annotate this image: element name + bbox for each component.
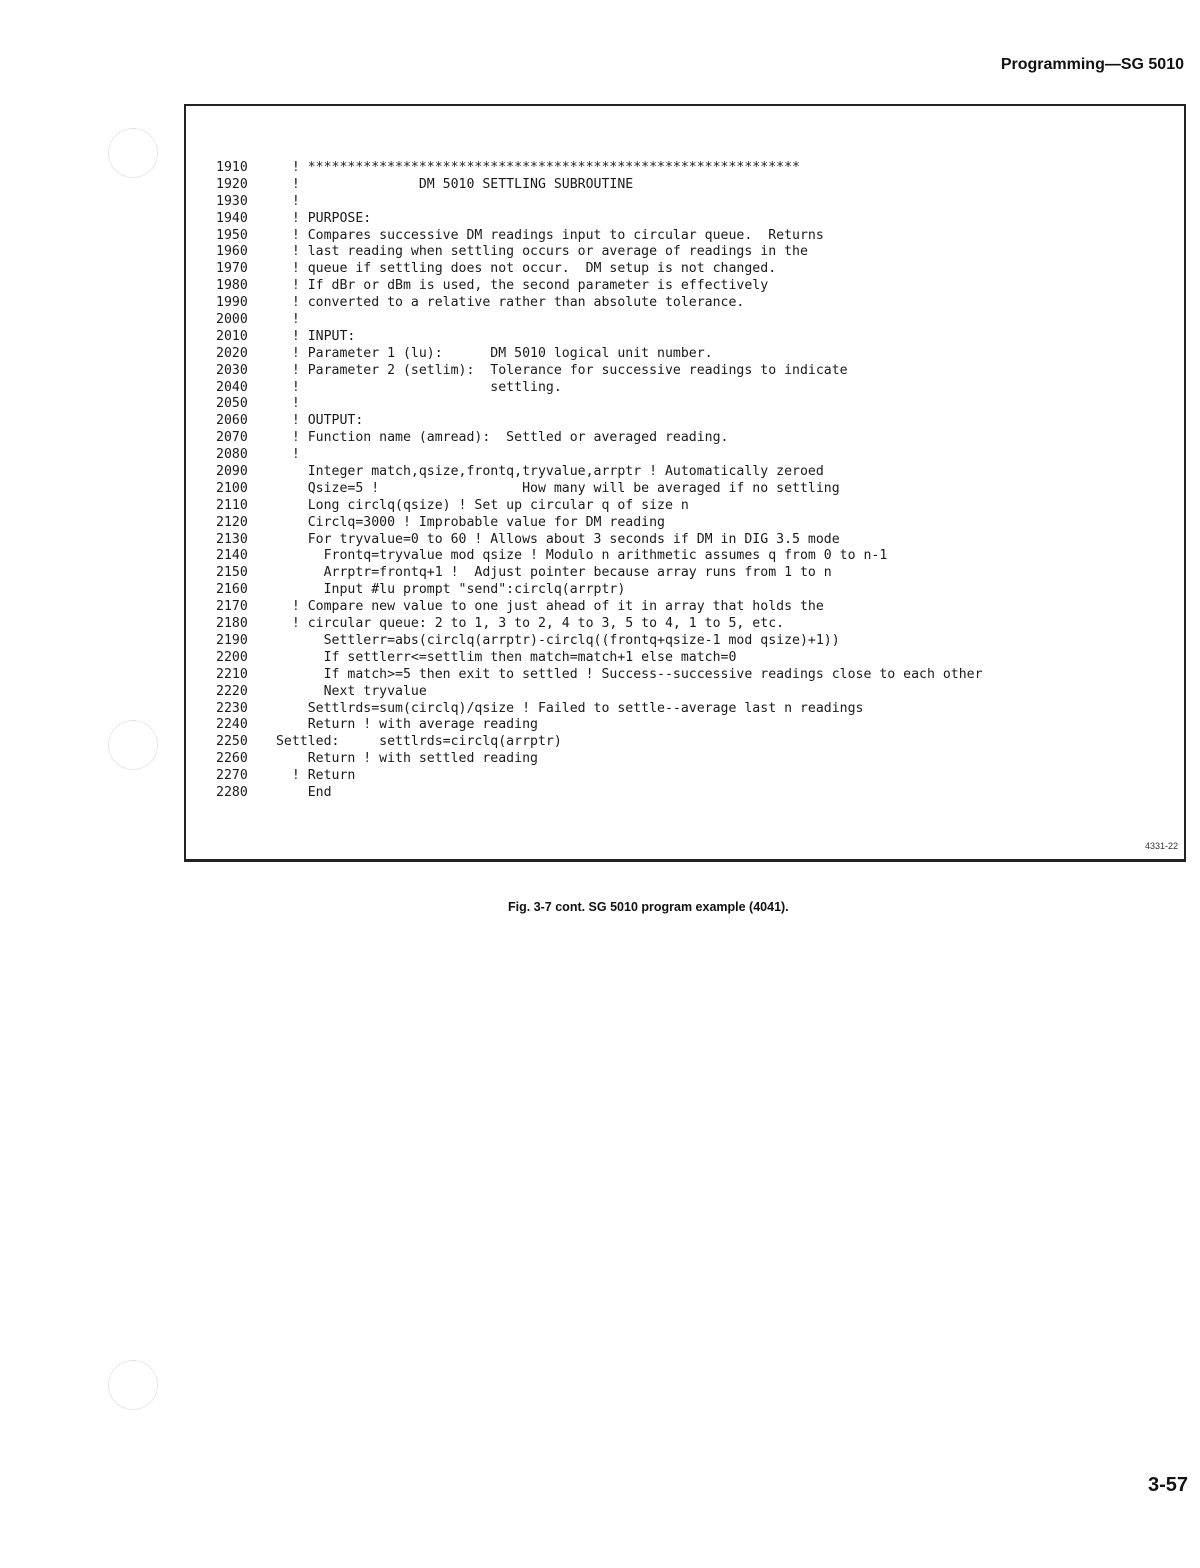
code-line: 2250 Settled: settlrds=circlq(arrptr): [216, 734, 983, 751]
code-line: 1920 ! DM 5010 SETTLING SUBROUTINE: [216, 177, 983, 194]
code-text: Long circlq(qsize) ! Set up circular q o…: [268, 498, 689, 513]
line-number: 1940: [216, 211, 268, 228]
code-line: 1950 ! Compares successive DM readings i…: [216, 228, 983, 245]
figure-caption: Fig. 3-7 cont. SG 5010 program example (…: [508, 900, 789, 914]
code-text: Arrptr=frontq+1 ! Adjust pointer because…: [268, 565, 832, 580]
line-number: 2030: [216, 363, 268, 380]
code-text: !: [268, 312, 300, 327]
code-text: For tryvalue=0 to 60 ! Allows about 3 se…: [268, 532, 840, 547]
page-number: 3-57: [1148, 1474, 1188, 1497]
line-number: 1970: [216, 261, 268, 278]
line-number: 2000: [216, 312, 268, 329]
code-text: ! Parameter 2 (setlim): Tolerance for su…: [268, 363, 848, 378]
code-text: Frontq=tryvalue mod qsize ! Modulo n ari…: [268, 548, 887, 563]
code-text: ! Function name (amread): Settled or ave…: [268, 430, 729, 445]
code-line: 1940 ! PURPOSE:: [216, 211, 983, 228]
code-text: Qsize=5 ! How many will be averaged if n…: [268, 481, 840, 496]
code-text: ! last reading when settling occurs or a…: [268, 244, 808, 259]
code-text: Next tryvalue: [268, 684, 427, 699]
code-text: ! settling.: [268, 380, 562, 395]
code-text: Settlrds=sum(circlq)/qsize ! Failed to s…: [268, 701, 863, 716]
line-number: 2020: [216, 346, 268, 363]
punch-hole-mark: [108, 1360, 158, 1410]
code-text: Settled: settlrds=circlq(arrptr): [268, 734, 562, 749]
line-number: 2280: [216, 785, 268, 802]
line-number: 2150: [216, 565, 268, 582]
code-line: 2220 Next tryvalue: [216, 684, 983, 701]
line-number: 2200: [216, 650, 268, 667]
line-number: 2190: [216, 633, 268, 650]
code-text: Return ! with settled reading: [268, 751, 538, 766]
punch-hole-mark: [108, 128, 158, 178]
code-line: 2170 ! Compare new value to one just ahe…: [216, 599, 983, 616]
code-text: ! INPUT:: [268, 329, 355, 344]
code-text: ! Compare new value to one just ahead of…: [268, 599, 824, 614]
line-number: 2110: [216, 498, 268, 515]
code-text: If match>=5 then exit to settled ! Succe…: [268, 667, 983, 682]
code-line: 2150 Arrptr=frontq+1 ! Adjust pointer be…: [216, 565, 983, 582]
line-number: 1950: [216, 228, 268, 245]
code-line: 2120 Circlq=3000 ! Improbable value for …: [216, 515, 983, 532]
code-line: 1970 ! queue if settling does not occur.…: [216, 261, 983, 278]
code-line: 2060 ! OUTPUT:: [216, 413, 983, 430]
code-line: 2040 ! settling.: [216, 380, 983, 397]
line-number: 2090: [216, 464, 268, 481]
code-line: 2190 Settlerr=abs(circlq(arrptr)-circlq(…: [216, 633, 983, 650]
code-line: 2240 Return ! with average reading: [216, 717, 983, 734]
code-line: 1910 ! *********************************…: [216, 160, 983, 177]
code-line: 2280 End: [216, 785, 983, 802]
line-number: 2250: [216, 734, 268, 751]
code-listing: 1910 ! *********************************…: [216, 160, 983, 802]
line-number: 2080: [216, 447, 268, 464]
line-number: 2130: [216, 532, 268, 549]
line-number: 2180: [216, 616, 268, 633]
code-line: 2030 ! Parameter 2 (setlim): Tolerance f…: [216, 363, 983, 380]
code-line: 2020 ! Parameter 1 (lu): DM 5010 logical…: [216, 346, 983, 363]
code-line: 2070 ! Function name (amread): Settled o…: [216, 430, 983, 447]
line-number: 1920: [216, 177, 268, 194]
code-text: ! queue if settling does not occur. DM s…: [268, 261, 776, 276]
code-line: 2230 Settlrds=sum(circlq)/qsize ! Failed…: [216, 701, 983, 718]
code-text: !: [268, 396, 300, 411]
program-listing-frame: 1910 ! *********************************…: [184, 104, 1186, 862]
code-text: Input #lu prompt "send":circlq(arrptr): [268, 582, 625, 597]
code-text: !: [268, 447, 300, 462]
code-text: ! DM 5010 SETTLING SUBROUTINE: [268, 177, 633, 192]
line-number: 2100: [216, 481, 268, 498]
line-number: 2040: [216, 380, 268, 397]
code-text: ! Compares successive DM readings input …: [268, 228, 824, 243]
line-number: 2010: [216, 329, 268, 346]
code-line: 2200 If settlerr<=settlim then match=mat…: [216, 650, 983, 667]
line-number: 2120: [216, 515, 268, 532]
line-number: 2060: [216, 413, 268, 430]
code-text: !: [268, 194, 300, 209]
code-line: 1960 ! last reading when settling occurs…: [216, 244, 983, 261]
line-number: 1910: [216, 160, 268, 177]
code-line: 2260 Return ! with settled reading: [216, 751, 983, 768]
line-number: 2050: [216, 396, 268, 413]
code-line: 2180 ! circular queue: 2 to 1, 3 to 2, 4…: [216, 616, 983, 633]
line-number: 2140: [216, 548, 268, 565]
code-text: End: [268, 785, 332, 800]
line-number: 2230: [216, 701, 268, 718]
code-text: ! If dBr or dBm is used, the second para…: [268, 278, 768, 293]
code-line: 2110 Long circlq(qsize) ! Set up circula…: [216, 498, 983, 515]
code-text: ! Return: [268, 768, 355, 783]
line-number: 1960: [216, 244, 268, 261]
line-number: 1990: [216, 295, 268, 312]
running-header: Programming—SG 5010: [1001, 56, 1184, 74]
line-number: 2070: [216, 430, 268, 447]
punch-hole-mark: [108, 720, 158, 770]
code-line: 2000 !: [216, 312, 983, 329]
line-number: 2210: [216, 667, 268, 684]
code-text: ! Parameter 1 (lu): DM 5010 logical unit…: [268, 346, 713, 361]
line-number: 1930: [216, 194, 268, 211]
line-number: 2170: [216, 599, 268, 616]
code-line: 2010 ! INPUT:: [216, 329, 983, 346]
code-line: 2080 !: [216, 447, 983, 464]
code-line: 2210 If match>=5 then exit to settled ! …: [216, 667, 983, 684]
code-text: ! converted to a relative rather than ab…: [268, 295, 744, 310]
code-line: 2050 !: [216, 396, 983, 413]
line-number: 2240: [216, 717, 268, 734]
figure-reference-code: 4331-22: [1145, 841, 1178, 851]
code-line: 2130 For tryvalue=0 to 60 ! Allows about…: [216, 532, 983, 549]
code-text: ! PURPOSE:: [268, 211, 371, 226]
code-text: Settlerr=abs(circlq(arrptr)-circlq((fron…: [268, 633, 840, 648]
code-text: Integer match,qsize,frontq,tryvalue,arrp…: [268, 464, 824, 479]
line-number: 1980: [216, 278, 268, 295]
code-line: 2100 Qsize=5 ! How many will be averaged…: [216, 481, 983, 498]
code-line: 2270 ! Return: [216, 768, 983, 785]
code-line: 1930 !: [216, 194, 983, 211]
code-line: 1990 ! converted to a relative rather th…: [216, 295, 983, 312]
code-text: ! circular queue: 2 to 1, 3 to 2, 4 to 3…: [268, 616, 784, 631]
line-number: 2160: [216, 582, 268, 599]
code-text: Return ! with average reading: [268, 717, 538, 732]
code-text: ! OUTPUT:: [268, 413, 363, 428]
code-line: 2160 Input #lu prompt "send":circlq(arrp…: [216, 582, 983, 599]
line-number: 2220: [216, 684, 268, 701]
line-number: 2260: [216, 751, 268, 768]
code-line: 1980 ! If dBr or dBm is used, the second…: [216, 278, 983, 295]
code-text: ! **************************************…: [268, 160, 800, 175]
code-text: Circlq=3000 ! Improbable value for DM re…: [268, 515, 665, 530]
line-number: 2270: [216, 768, 268, 785]
code-line: 2090 Integer match,qsize,frontq,tryvalue…: [216, 464, 983, 481]
code-text: If settlerr<=settlim then match=match+1 …: [268, 650, 736, 665]
code-line: 2140 Frontq=tryvalue mod qsize ! Modulo …: [216, 548, 983, 565]
